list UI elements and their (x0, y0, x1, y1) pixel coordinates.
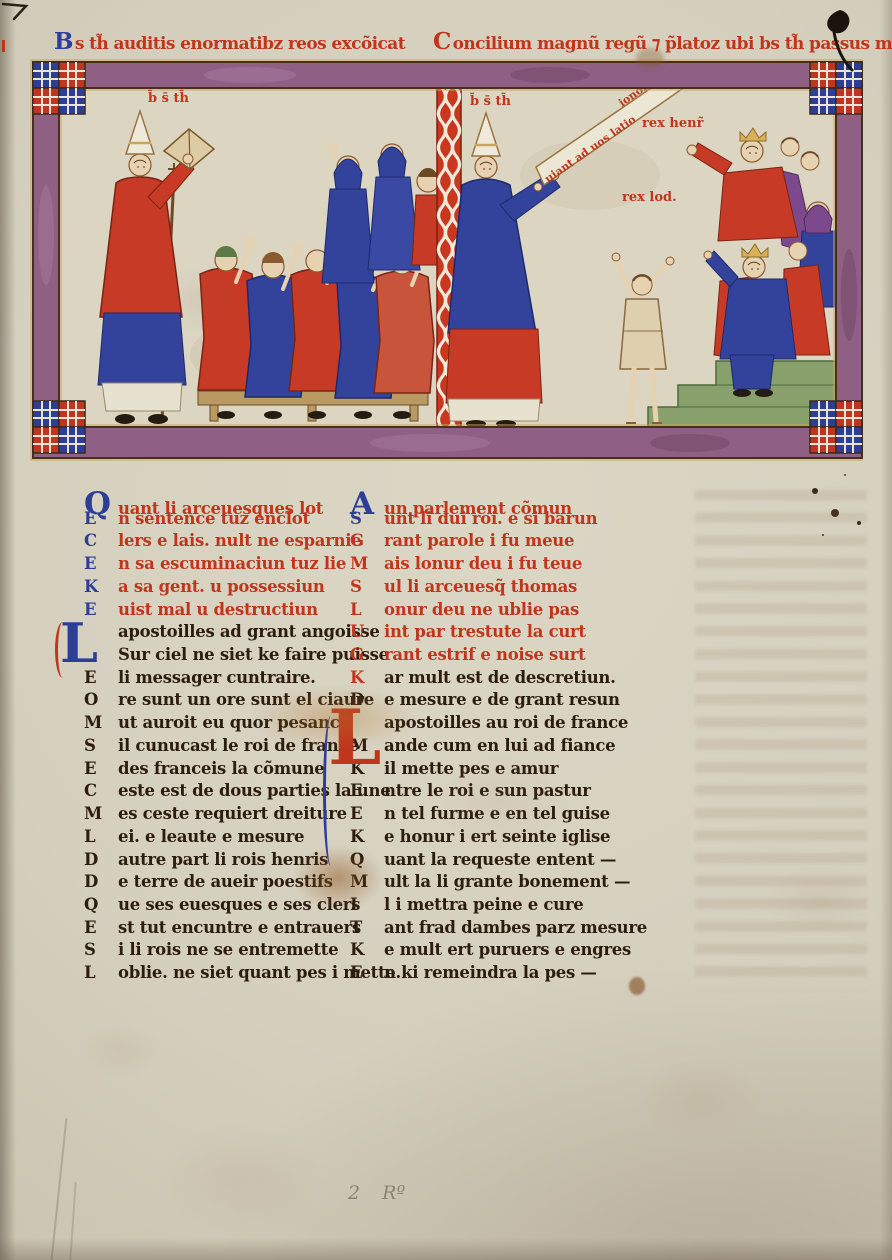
verse-text: ant frad dambes parz mesure (384, 918, 647, 937)
verse-initial: E (84, 554, 118, 573)
verse-initial: I (350, 895, 384, 914)
verse-initial: D (84, 872, 118, 891)
verse-line: En tel furme e en tel guise (350, 804, 647, 827)
initial-flourish-right (323, 716, 336, 866)
rubric-segment-1: Bs th̃ auditis enormatibz reos excõicat (54, 28, 405, 55)
verse-initial: U (350, 622, 384, 641)
miniature: uiant ad uos latio ionores (30, 55, 863, 480)
verse-line: Sunt li dui roi. e si barun (350, 509, 647, 532)
label-becket-left: b̄ s̄ th̄ (147, 89, 189, 106)
verse-line: Sul li arceuesq̃ thomas (350, 577, 647, 600)
verse-text: ult la li grante bonement — (384, 872, 630, 891)
verse-line: Il i mettra peine e cure (350, 895, 647, 918)
label-becket-right: b̄ s̄ th̄ (469, 92, 511, 109)
rubric-initial-2: C (433, 28, 451, 55)
verse-text: n ki remeindra la pes — (384, 963, 597, 982)
verse-text: ue ses euesques e ses clers (118, 895, 360, 914)
manuscript-page: Bs th̃ auditis enormatibz reos excõicat … (0, 0, 892, 1260)
verse-initial: C (84, 531, 118, 550)
verse-text: il cunucast le roi de france (118, 736, 358, 755)
folio-mark: 2 Rº (348, 1182, 405, 1204)
verse-text: ut auroit eu quor pesance (118, 713, 350, 732)
verse-line: De mesure e de grant resun (350, 690, 647, 713)
verse-initial: L (350, 600, 384, 619)
verse-line: Kar mult est de descretiun. (350, 668, 647, 691)
verse-initial: E (84, 759, 118, 778)
verse-text: ar mult est de descretiun. (384, 668, 616, 687)
verse-text: lers e lais. nult ne esparnie (118, 531, 361, 550)
verse-line: Uint par trestute la curt (350, 622, 647, 645)
verse-text: n sa escuminaciun tuz lie (118, 554, 346, 573)
verse-text: rant parole i fu meue (384, 531, 574, 550)
parchment-crease (69, 1182, 76, 1260)
verse-line: En ki remeindra la pes — (350, 963, 647, 986)
verse-text: onur deu ne ublie pas (384, 600, 579, 619)
verse-text: li messager cuntraire. (118, 668, 316, 687)
verse-initial: M (350, 554, 384, 573)
verse-initial: E (350, 781, 384, 800)
verse-initial: E (84, 918, 118, 937)
verse-text: ei. e leaute e mesure (118, 827, 304, 846)
verse-text: des franceis la cõmune (118, 759, 325, 778)
verse-initial: M (84, 713, 118, 732)
verse-line: Lonur deu ne ublie pas (350, 600, 647, 623)
verse-text: n sentence tuz enclot (118, 509, 310, 528)
verse-initial: S (84, 940, 118, 959)
verse-initial: D (84, 850, 118, 869)
verse-text: uist mal u destructiun (118, 600, 318, 619)
verse-initial: Q (84, 895, 118, 914)
verse-initial: G (350, 531, 384, 550)
label-rex-lod: rex lod. (622, 190, 677, 205)
verse-initial: K (350, 827, 384, 846)
verse-text: autre part li rois henris (118, 850, 328, 869)
rubric-initial-1: B (54, 28, 73, 55)
verse-line: Quant la requeste entent — (350, 850, 647, 873)
ink-specks (812, 488, 818, 494)
verse-line: Entre le roi e sun pastur (350, 781, 647, 804)
red-pen-tick (2, 40, 5, 52)
verse-text: ul li arceuesq̃ thomas (384, 577, 577, 596)
verse-initial: L (84, 827, 118, 846)
verse-initial: E (84, 509, 118, 528)
verse-text: ande cum en lui ad fiance (384, 736, 615, 755)
text-column-right: Aun parlement cõmunSunt li dui roi. e si… (350, 486, 647, 986)
illuminated-initial-right: L (328, 700, 381, 776)
verse-text: l i mettra peine e cure (384, 895, 583, 914)
verse-text: i li rois ne se entremette (118, 940, 338, 959)
verse-initial: Q (350, 850, 384, 869)
verse-text: rant estrif e noise surt (384, 645, 585, 664)
verse-initial: G (350, 645, 384, 664)
verse-initial: C (84, 781, 118, 800)
verse-text: uant la requeste entent — (384, 850, 616, 869)
verse-initial: S (350, 509, 384, 528)
verse-text: Sur ciel ne siet ke faire puisse (118, 645, 389, 664)
verse-initial: O (84, 690, 118, 709)
verse-text: e mult ert puruers e engres (384, 940, 631, 959)
verse-text: il mette pes e amur (384, 759, 558, 778)
verse-initial: E (350, 963, 384, 982)
verse-line: Ke honur i ert seinte iglise (350, 827, 647, 850)
verse-text: apostoilles ad grant angoisse (118, 622, 380, 641)
label-rex-henr: rex henr̃ (642, 116, 704, 131)
verse-line: Grant estrif e noise surt (350, 645, 647, 668)
verse-text: e honur i ert seinte iglise (384, 827, 610, 846)
verse-text: st tut encuntre e entrauers (118, 918, 361, 937)
verse-text: es ceste requiert dreiture (118, 804, 347, 823)
verse-line: Kil mette pes e amur (350, 759, 647, 782)
verse-line: apostoilles au roi de france (350, 713, 647, 736)
verse-line: Aun parlement cõmun (350, 486, 647, 509)
verse-initial: M (350, 872, 384, 891)
rubric-text-1: s th̃ auditis enormatibz reos excõicat (75, 34, 405, 54)
verse-line: Tant frad dambes parz mesure (350, 918, 647, 941)
verse-initial: K (84, 577, 118, 596)
verse-initial: S (350, 577, 384, 596)
verse-initial: K (350, 940, 384, 959)
verse-text: e mesure e de grant resun (384, 690, 620, 709)
verse-line: Mande cum en lui ad fiance (350, 736, 647, 759)
rubric: Bs th̃ auditis enormatibz reos excõicat … (54, 28, 892, 55)
verse-text: e terre de aueir poestifs (118, 872, 333, 891)
verse-initial: E (350, 804, 384, 823)
verse-text: apostoilles au roi de france (384, 713, 628, 732)
parchment-crease (51, 1118, 68, 1259)
show-through-text (695, 490, 867, 990)
verse-text: a sa gent. u possessiun (118, 577, 325, 596)
verse-text: n tel furme e en tel guise (384, 804, 610, 823)
verse-text: ais lonur deu i fu teue (384, 554, 582, 573)
verse-initial: K (350, 668, 384, 687)
pen-mark (0, 0, 34, 22)
initial-flourish-left (55, 622, 68, 678)
verse-line: Mais lonur deu i fu teue (350, 554, 647, 577)
verse-initial: M (84, 804, 118, 823)
verse-initial: T (350, 918, 384, 937)
verse-line: Mult la li grante bonement — (350, 872, 647, 895)
ink-blot (818, 2, 862, 82)
verse-text: unt li dui roi. e si barun (384, 509, 597, 528)
verse-text: ntre le roi e sun pastur (384, 781, 591, 800)
verse-initial: S (84, 736, 118, 755)
verse-initial: L (84, 963, 118, 982)
verse-text: int par trestute la curt (384, 622, 586, 641)
verse-line: Grant parole i fu meue (350, 531, 647, 554)
verse-line: Ke mult ert puruers e engres (350, 940, 647, 963)
